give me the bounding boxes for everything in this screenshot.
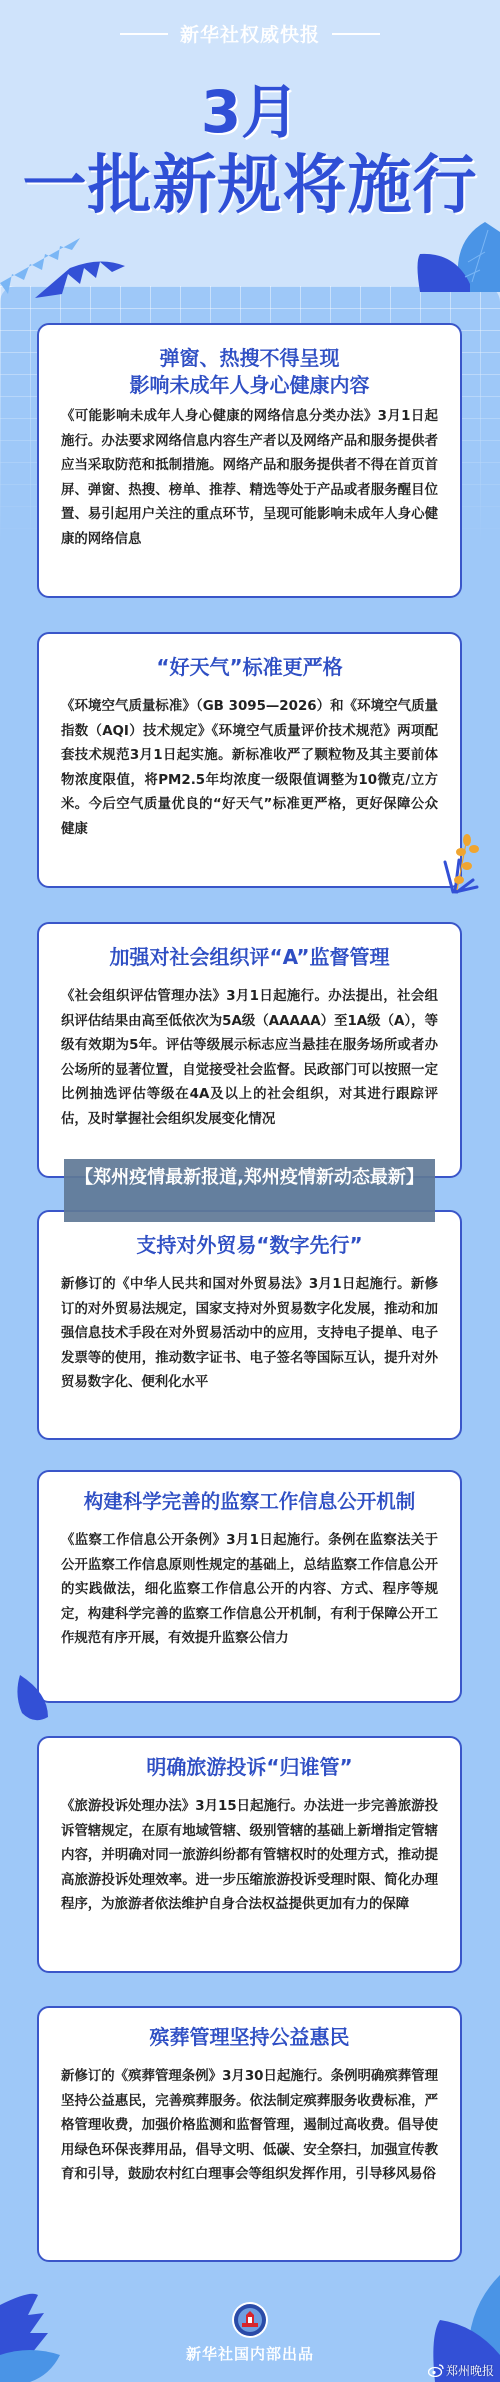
leaf-icon (0, 2285, 70, 2382)
card-title: 明确旅游投诉“归谁管” (61, 1754, 438, 1781)
card-title: 影响未成年人身心健康内容 (61, 372, 438, 399)
footer-credit: 新华社国内部出品 (0, 2343, 500, 2364)
card-body: 《可能影响未成年人身心健康的网络信息分类办法》3月1日起施行。办法要求网络信息内… (61, 405, 438, 552)
xinhua-logo-icon (231, 2301, 269, 2339)
card-title: 加强对社会组织评“A”监督管理 (61, 944, 438, 971)
watermark-text: 郑州晚报 (446, 2362, 494, 2379)
news-card-supervision-disclosure: 构建科学完善的监察工作信息公开机制 《监察工作信息公开条例》3月1日起施行。条例… (37, 1470, 462, 1703)
leaf-icon (0, 228, 130, 298)
flower-icon (443, 832, 483, 894)
divider-left (120, 33, 168, 35)
kicker: 新华社权威快报 (0, 20, 500, 47)
source-watermark: 郑州晚报 (428, 2362, 494, 2379)
card-title: 殡葬管理坚持公益惠民 (61, 2024, 438, 2051)
page-title: 一批新规将施行 (0, 150, 500, 222)
news-card-air-quality: “好天气”标准更严格 《环境空气质量标准》（GB 3095—2026）和《环境空… (37, 632, 462, 888)
news-card-minors-content: 弹窗、热搜不得呈现 影响未成年人身心健康内容 《可能影响未成年人身心健康的网络信… (37, 323, 462, 598)
card-body: 新修订的《殡葬管理条例》3月30日起施行。条例明确殡葬管理坚持公益惠民，完善殡葬… (61, 2065, 438, 2188)
card-title: 弹窗、热搜不得呈现 (61, 345, 438, 372)
card-title: 构建科学完善的监察工作信息公开机制 (61, 1488, 438, 1515)
weibo-icon (428, 2364, 444, 2377)
card-body: 《监察工作信息公开条例》3月1日起施行。条例在监察法关于公开监察工作信息原则性规… (61, 1529, 438, 1652)
leaf-icon (410, 222, 500, 292)
news-card-social-orgs: 加强对社会组织评“A”监督管理 《社会组织评估管理办法》3月1日起施行。办法提出… (37, 922, 462, 1178)
card-body: 《社会组织评估管理办法》3月1日起施行。办法提出，社会组织评估结果由高至低依次为… (61, 985, 438, 1132)
overlay-headline-banner[interactable]: 【郑州疫情最新报道,郑州疫情新动态最新】 (64, 1159, 435, 1222)
card-title: 支持对外贸易“数字先行” (61, 1232, 438, 1259)
news-card-funeral-management: 殡葬管理坚持公益惠民 新修订的《殡葬管理条例》3月30日起施行。条例明确殡葬管理… (37, 2006, 462, 2262)
leaf-icon (16, 1673, 52, 1723)
card-body: 新修订的《中华人民共和国对外贸易法》3月1日起施行。新修订的对外贸易法规定，国家… (61, 1273, 438, 1396)
news-card-tourism-complaints: 明确旅游投诉“归谁管” 《旅游投诉处理办法》3月15日起施行。办法进一步完善旅游… (37, 1736, 462, 1973)
card-body: 《环境空气质量标准》（GB 3095—2026）和《环境空气质量指数（AQI）技… (61, 695, 438, 842)
divider-right (332, 33, 380, 35)
title-month: 3月 (0, 80, 500, 144)
card-title: “好天气”标准更严格 (61, 654, 438, 681)
news-card-foreign-trade: 支持对外贸易“数字先行” 新修订的《中华人民共和国对外贸易法》3月1日起施行。新… (37, 1210, 462, 1440)
kicker-text: 新华社权威快报 (180, 20, 320, 47)
card-body: 《旅游投诉处理办法》3月15日起施行。办法进一步完善旅游投诉管辖规定，在原有地域… (61, 1795, 438, 1918)
